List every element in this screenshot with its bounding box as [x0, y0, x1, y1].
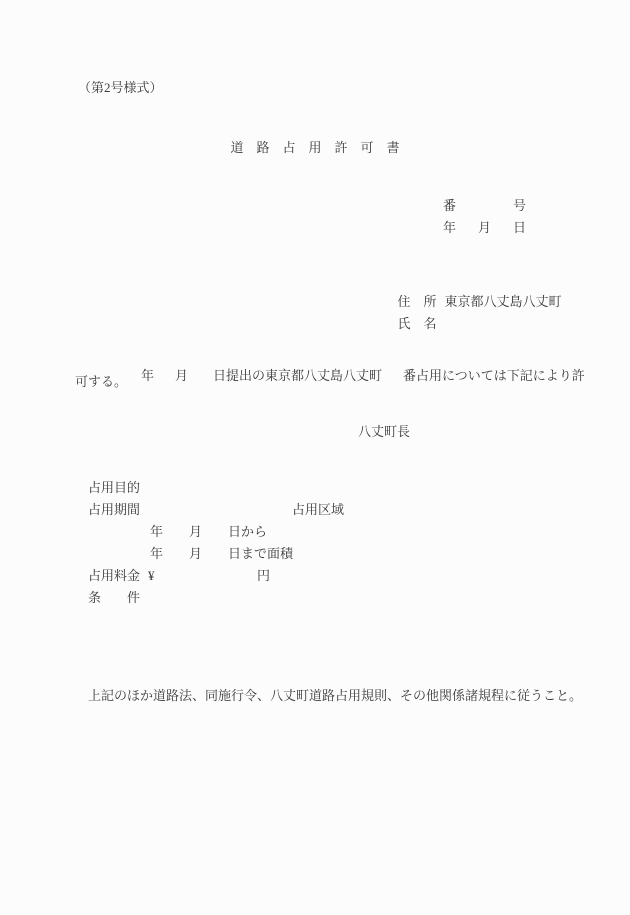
field-fee-row: 占用料金 ¥ 円 [88, 568, 338, 586]
body-line-2: 可する。 [75, 374, 127, 390]
number-date-block: 番 号 年 月 日 [443, 198, 526, 242]
field-period-from: 年 月 日から [150, 524, 267, 540]
name-label: 氏 名 [398, 316, 437, 331]
field-purpose-label: 占用目的 [88, 480, 140, 496]
address-label: 住 所 [398, 294, 437, 309]
year-label: 年 [443, 220, 456, 236]
yen-sign: ¥ [148, 568, 155, 584]
number-suffix-label: 号 [513, 198, 526, 214]
address-value: 東京都八丈島八丈町 [445, 294, 562, 309]
fee-label: 占用料金 [88, 568, 140, 584]
recipient-block: 住 所東京都八丈島八丈町 氏 名 [378, 278, 562, 322]
body-year-label: 年 [141, 368, 154, 383]
body-submitted-text: 日提出の東京都八丈島八丈町 [213, 368, 382, 383]
body-line-1: 年月日提出の東京都八丈島八丈町番占用については下記により許 [128, 352, 585, 399]
permit-document-page: （第2号様式） 道 路 占 用 許 可 書 番 号 年 月 日 住 所東京都八丈… [0, 0, 630, 915]
field-area-label: 占用区域 [292, 502, 344, 518]
month-label: 月 [478, 220, 491, 236]
field-period-to: 年 月 日まで面積 [150, 546, 293, 562]
permit-number-line: 番 号 [443, 198, 526, 220]
number-label: 番 [443, 198, 456, 214]
day-label: 日 [513, 220, 526, 236]
body-month-label: 月 [175, 368, 188, 383]
document-title: 道 路 占 用 許 可 書 [0, 140, 630, 156]
issue-date-line: 年 月 日 [443, 220, 526, 242]
footer-compliance-note: 上記のほか道路法、同施行令、八丈町道路占用規則、その他関係諸規程に従うこと。 [88, 688, 582, 704]
issuer-title: 八丈町長 [358, 424, 410, 440]
field-period-label: 占用期間 [88, 502, 140, 518]
body-permit-text: 番占用については下記により許 [403, 368, 585, 383]
recipient-address-row: 住 所東京都八丈島八丈町 [378, 278, 562, 300]
yen-unit-label: 円 [257, 568, 270, 584]
field-conditions-label: 条 件 [88, 590, 140, 606]
form-number-note: （第2号様式） [78, 80, 163, 96]
